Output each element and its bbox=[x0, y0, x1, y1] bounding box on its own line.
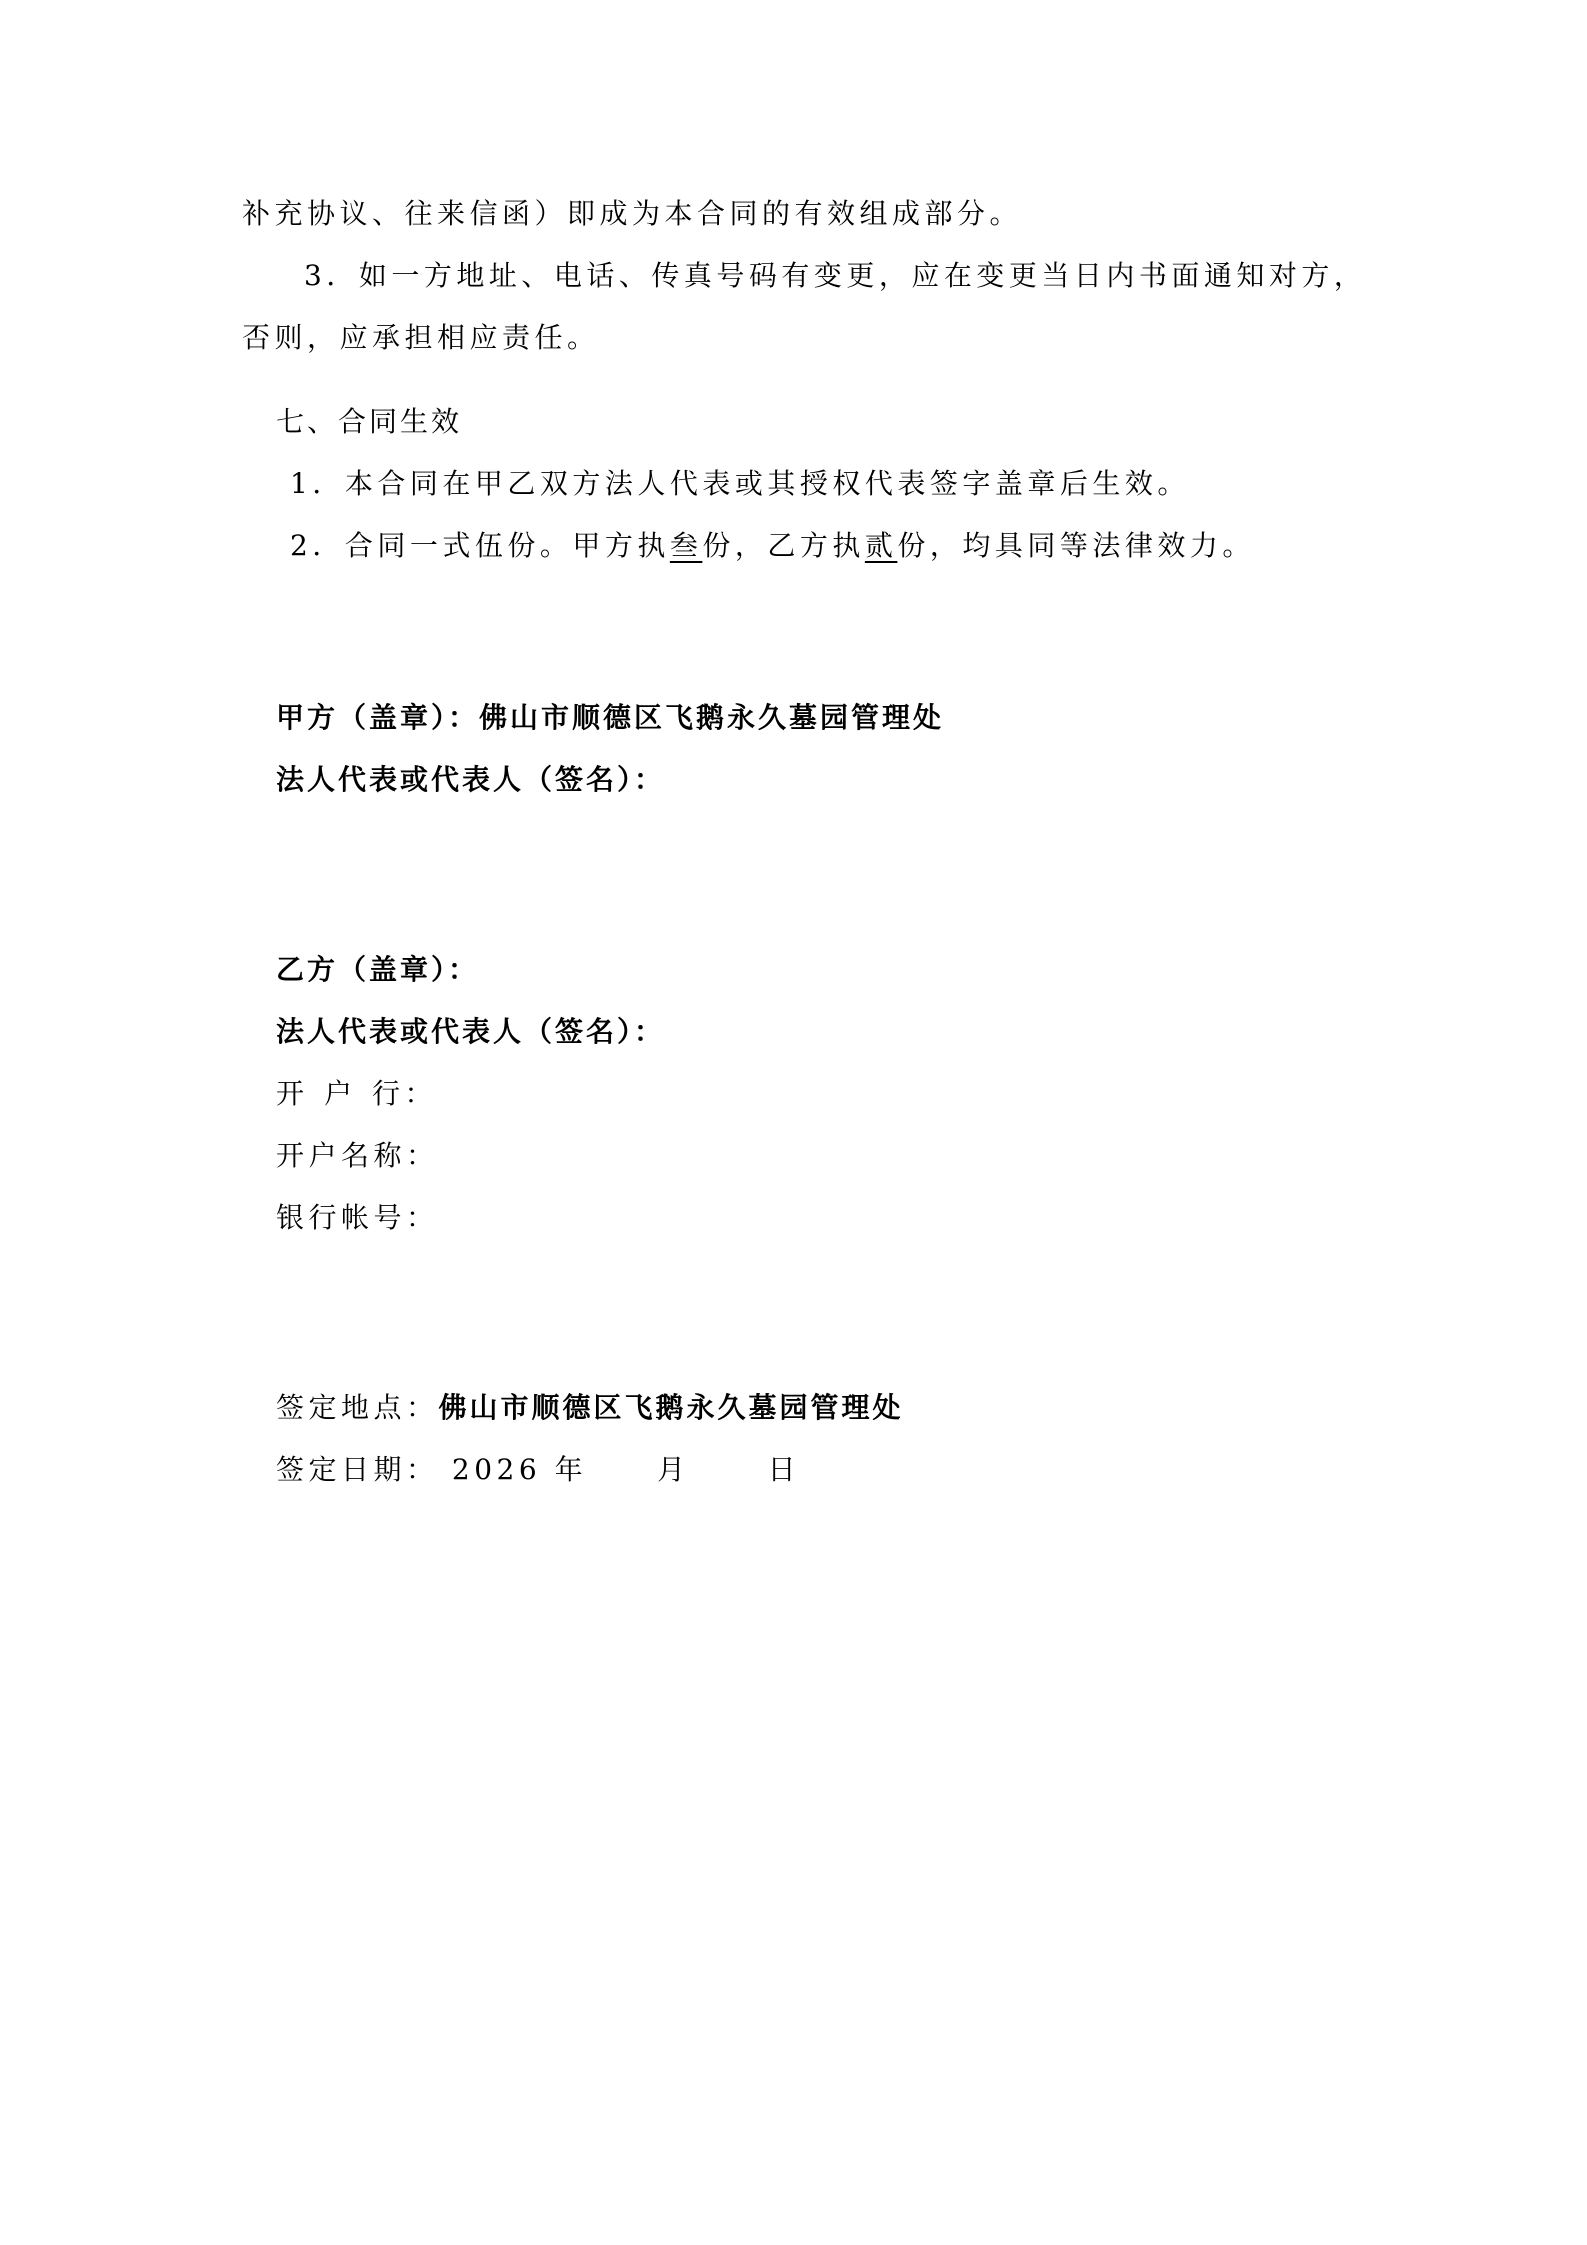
clause7-heading: 七、合同生效 bbox=[276, 402, 462, 442]
party-a-copies: 叁 bbox=[670, 529, 703, 562]
signing-place-line: 签定地点：佛山市顺德区飞鹅永久墓园管理处 bbox=[276, 1388, 904, 1428]
bank-label-char-2: 户 bbox=[324, 1074, 372, 1114]
clause6-item3-line1: 3．如一方地址、电话、传真号码有变更，应在变更当日内书面通知对方， bbox=[304, 256, 1366, 296]
clause6-continuation-line: 补充协议、往来信函）即成为本合同的有效组成部分。 bbox=[242, 194, 1022, 234]
signing-place-label: 签定地点： bbox=[276, 1391, 439, 1424]
clause7-item1: 1．本合同在甲乙双方法人代表或其授权代表签字盖章后生效。 bbox=[290, 464, 1190, 504]
party-b-bank-label: 开户行： bbox=[276, 1074, 437, 1114]
signing-year-unit: 年 bbox=[555, 1453, 588, 1486]
party-a-signature-label: 法人代表或代表人（签名）： bbox=[276, 760, 665, 800]
party-b-signature-label: 法人代表或代表人（签名）： bbox=[276, 1012, 665, 1052]
signing-day-unit: 日 bbox=[768, 1453, 801, 1486]
clause7-item2-suffix: 份，均具同等法律效力。 bbox=[897, 529, 1255, 562]
clause7-item2: 2．合同一式伍份。甲方执叁份，乙方执贰份，均具同等法律效力。 bbox=[290, 526, 1255, 566]
contract-page: 补充协议、往来信函）即成为本合同的有效组成部分。 3．如一方地址、电话、传真号码… bbox=[0, 0, 1587, 2245]
party-a-name: 佛山市顺德区飞鹅永久墓园管理处 bbox=[479, 701, 944, 734]
clause7-item2-middle: 份，乙方执 bbox=[702, 529, 865, 562]
signing-place-value: 佛山市顺德区飞鹅永久墓园管理处 bbox=[439, 1391, 904, 1424]
signing-month-unit: 月 bbox=[657, 1453, 690, 1486]
party-a-seal-label: 甲方（盖章）： bbox=[276, 701, 479, 734]
clause6-item3-line2: 否则，应承担相应责任。 bbox=[242, 318, 600, 358]
clause7-item2-prefix: 2．合同一式伍份。甲方执 bbox=[290, 529, 670, 562]
bank-label-char-1: 开 bbox=[276, 1074, 324, 1114]
bank-label-char-3: 行： bbox=[372, 1074, 437, 1114]
party-b-copies: 贰 bbox=[865, 529, 898, 562]
signing-date-line: 签定日期： 2026 年月日 bbox=[276, 1450, 800, 1490]
signing-year: 2026 bbox=[452, 1453, 541, 1486]
party-a-seal-line: 甲方（盖章）：佛山市顺德区飞鹅永久墓园管理处 bbox=[276, 698, 944, 738]
party-b-seal-label: 乙方（盖章）： bbox=[276, 950, 479, 990]
signing-date-label: 签定日期： bbox=[276, 1453, 439, 1486]
party-b-account-number-label: 银行帐号： bbox=[276, 1198, 439, 1238]
party-b-account-name-label: 开户名称： bbox=[276, 1136, 439, 1176]
